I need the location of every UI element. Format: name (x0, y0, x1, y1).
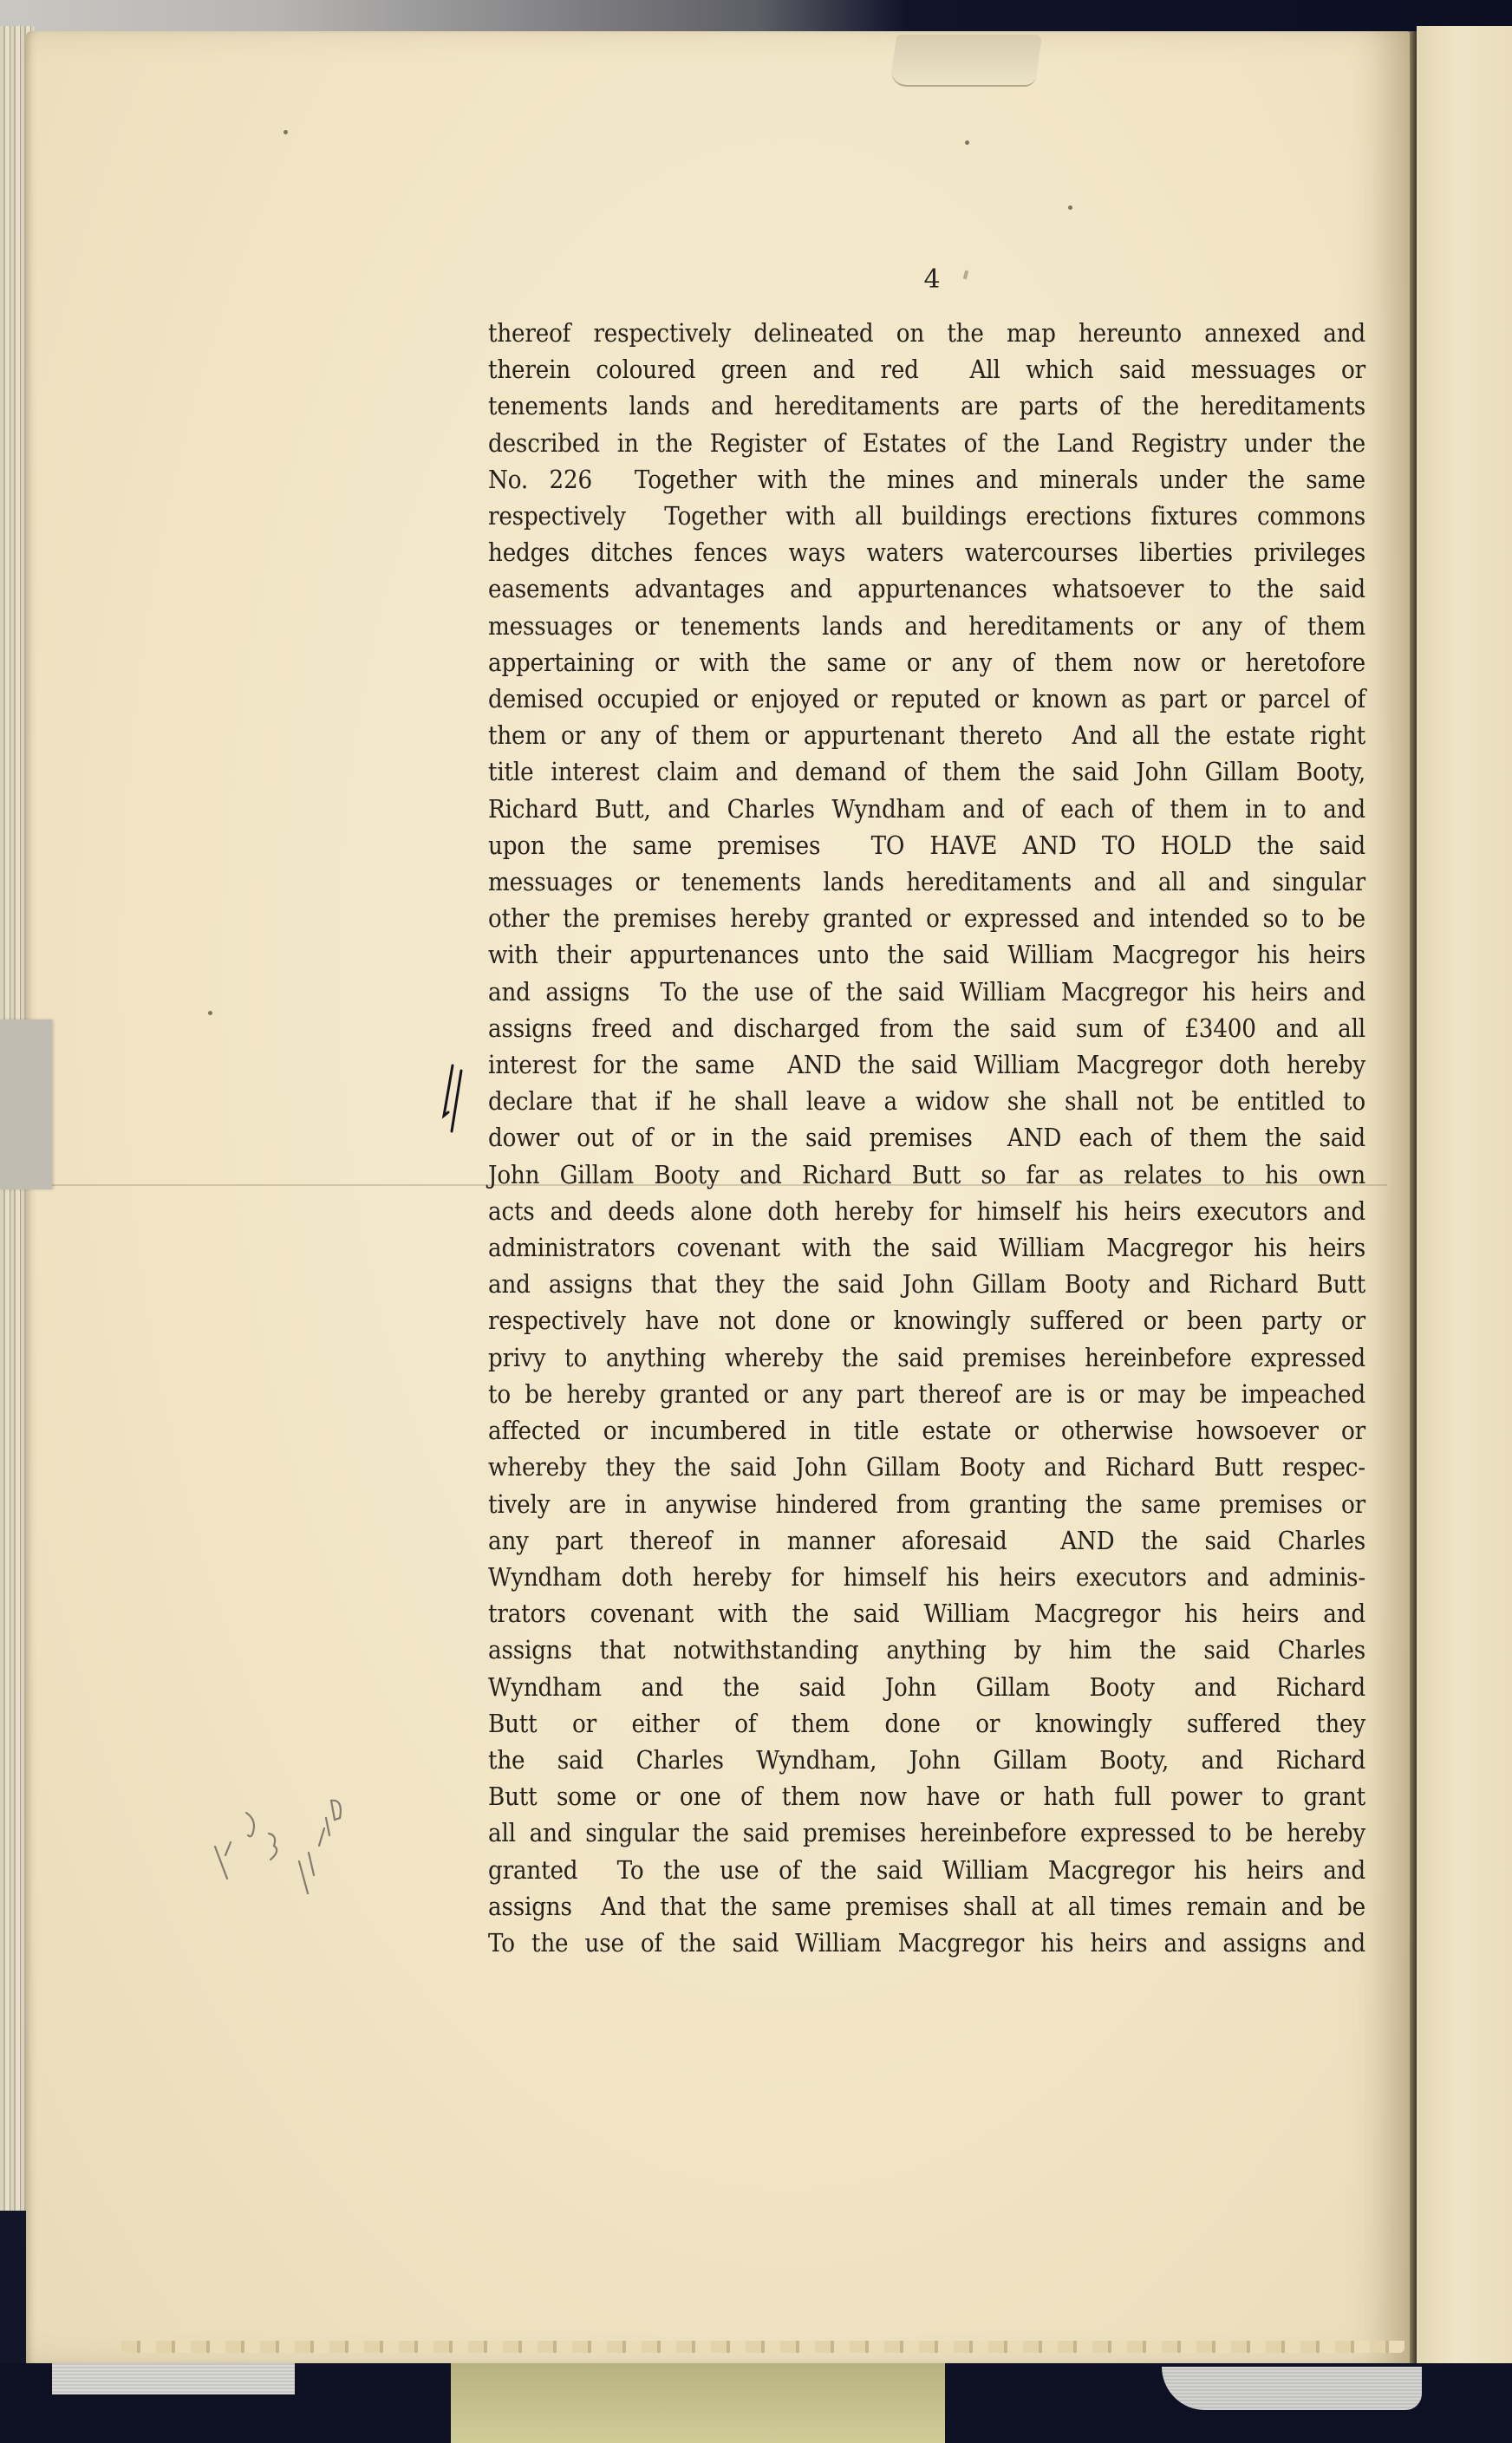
text-line: messuages or tenements lands hereditamen… (488, 864, 1365, 901)
text-line: granted To the use of the said William M… (488, 1853, 1365, 1889)
text-line: interest for the same AND the said Willi… (488, 1047, 1365, 1084)
paper-speck (283, 130, 288, 134)
text-line: and assigns that they the said John Gill… (488, 1267, 1365, 1303)
text-line: Butt some or one of them now have or hat… (488, 1779, 1365, 1815)
text-line: respectively Together with all buildings… (488, 498, 1365, 535)
text-line: to be hereby granted or any part thereof… (488, 1377, 1365, 1413)
pencil-annotation-icon (208, 1782, 364, 1894)
paper-speck (208, 1011, 212, 1015)
text-line: title interest claim and demand of them … (488, 754, 1365, 791)
text-line: upon the same premises TO HAVE AND TO HO… (488, 828, 1365, 864)
text-line: other the premises hereby granted or exp… (488, 901, 1365, 937)
text-line: the said Charles Wyndham, John Gillam Bo… (488, 1743, 1365, 1779)
paper-speck (1068, 205, 1072, 210)
text-line: Butt or either of them done or knowingly… (488, 1706, 1365, 1743)
text-line: described in the Register of Estates of … (488, 426, 1365, 462)
text-line: Wyndham and the said John Gillam Booty a… (488, 1670, 1365, 1706)
text-line: them or any of them or appurtenant there… (488, 718, 1365, 754)
text-line: respectively have not done or knowingly … (488, 1303, 1365, 1339)
page-clip (0, 1020, 52, 1189)
text-line: with their appurtenances unto the said W… (488, 937, 1365, 974)
page-tear (890, 35, 1042, 87)
text-line: tively are in anywise hindered from gran… (488, 1487, 1365, 1523)
text-line: demised occupied or enjoyed or reputed o… (488, 681, 1365, 718)
text-line: To the use of the said William Macgregor… (488, 1925, 1365, 1962)
text-line: whereby they the said John Gillam Booty … (488, 1450, 1365, 1486)
text-line: hedges ditches fences ways waters waterc… (488, 535, 1365, 571)
deed-body-text: thereof respectively delineated on the m… (488, 316, 1295, 1962)
text-line: trators covenant with the said William M… (488, 1596, 1365, 1632)
text-line: privy to anything whereby the said premi… (488, 1340, 1365, 1377)
binding-cloth-right (1162, 2367, 1422, 2410)
book-gutter (1410, 31, 1417, 2372)
text-line: administrators covenant with the said Wi… (488, 1230, 1365, 1267)
text-line: John Gillam Booty and Richard Butt so fa… (488, 1157, 1365, 1194)
text-line: messuages or tenements lands and heredit… (488, 609, 1365, 645)
text-line: Richard Butt, and Charles Wyndham and of… (488, 792, 1365, 828)
tattered-page-edge (121, 2341, 1404, 2353)
text-line: thereof respectively delineated on the m… (488, 316, 1365, 352)
text-line: assigns that notwithstanding anything by… (488, 1632, 1365, 1669)
text-line: acts and deeds alone doth hereby for him… (488, 1194, 1365, 1230)
text-line: assigns And that the same premises shall… (488, 1889, 1365, 1925)
text-line: declare that if he shall leave a widow s… (488, 1084, 1365, 1120)
paper-speck (965, 140, 969, 145)
text-line: therein coloured green and red All which… (488, 352, 1365, 388)
text-line: Wyndham doth hereby for himself his heir… (488, 1560, 1365, 1596)
adjacent-page (1417, 26, 1512, 2401)
text-line: tenements lands and hereditaments are pa… (488, 388, 1365, 425)
text-line: all and singular the said premises herei… (488, 1815, 1365, 1852)
book-stand (451, 2355, 945, 2443)
text-line: No. 226 Together with the mines and mine… (488, 462, 1365, 498)
text-line: appertaining or with the same or any of … (488, 645, 1365, 681)
page-number: 4 (919, 264, 945, 295)
text-line: and assigns To the use of the said Willi… (488, 974, 1365, 1011)
text-line: dower out of or in the said premises AND… (488, 1120, 1365, 1156)
text-line: easements advantages and appurtenances w… (488, 571, 1365, 608)
text-line: affected or incumbered in title estate o… (488, 1413, 1365, 1450)
text-line: assigns freed and discharged from the sa… (488, 1011, 1365, 1047)
handwritten-double-stroke-icon (438, 1062, 464, 1136)
text-line: any part thereof in manner aforesaid AND… (488, 1523, 1365, 1560)
